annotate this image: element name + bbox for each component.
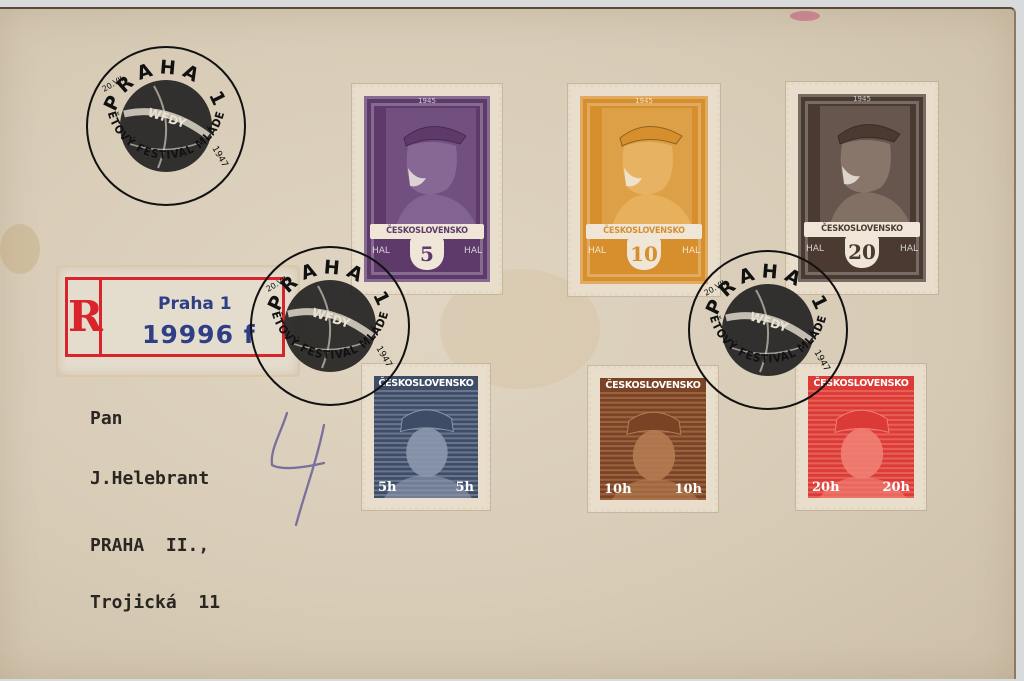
svg-text:1947: 1947 xyxy=(209,145,229,170)
denomination: 5h xyxy=(456,480,475,495)
postmark: PRAHA 1 SVĚTOVÝ FESTIVAL MLÁDEŽE 20.VII.… xyxy=(84,44,248,208)
denomination: 5h xyxy=(378,480,397,495)
portrait-masaryk-icon xyxy=(820,106,910,224)
registration-letter: R xyxy=(68,280,102,354)
country-banner: ČESKOSLOVENSKO xyxy=(804,222,920,237)
denomination: 20h xyxy=(812,480,840,495)
svg-text:1947: 1947 xyxy=(811,349,831,374)
address-city: PRAHA II., xyxy=(90,535,209,556)
ink-spot xyxy=(790,11,820,21)
denomination: 10h xyxy=(604,482,632,497)
unit-label: HAL xyxy=(900,244,918,254)
denomination: 20 xyxy=(845,236,879,268)
country-banner: ČESKOSLOVENSKO xyxy=(586,224,702,239)
address-name: J.Helebrant xyxy=(90,468,209,489)
postmark: PRAHA 1 SVĚTOVÝ FESTIVAL MLÁDEŽE 20.VII.… xyxy=(248,244,412,408)
address-salutation: Pan xyxy=(90,408,123,429)
portrait-masaryk-icon xyxy=(602,108,692,226)
portrait-masaryk-icon xyxy=(386,108,476,226)
unit-label: HAL xyxy=(464,246,482,256)
stamp-year: 1945 xyxy=(364,97,490,105)
denomination: 10 xyxy=(627,238,661,270)
stamp-year: 1945 xyxy=(580,97,708,105)
handwritten-number-mark: 4 xyxy=(262,405,342,530)
unit-label: HAL xyxy=(588,246,606,256)
denomination: 20h xyxy=(882,480,910,495)
address-street: Trojická 11 xyxy=(90,592,220,613)
denomination: 5 xyxy=(410,238,444,270)
paper-stain xyxy=(0,224,40,274)
svg-text:1947: 1947 xyxy=(373,345,393,370)
registration-number: 19996 f xyxy=(142,320,256,349)
country-banner: ČESKOSLOVENSKO xyxy=(370,224,484,239)
stamp-year: 1945 xyxy=(798,95,926,103)
postmark: PRAHA 1 SVĚTOVÝ FESTIVAL MLÁDEŽE 20.VII.… xyxy=(686,248,850,412)
registration-office: Praha 1 xyxy=(158,294,232,314)
denomination: 10h xyxy=(674,482,702,497)
